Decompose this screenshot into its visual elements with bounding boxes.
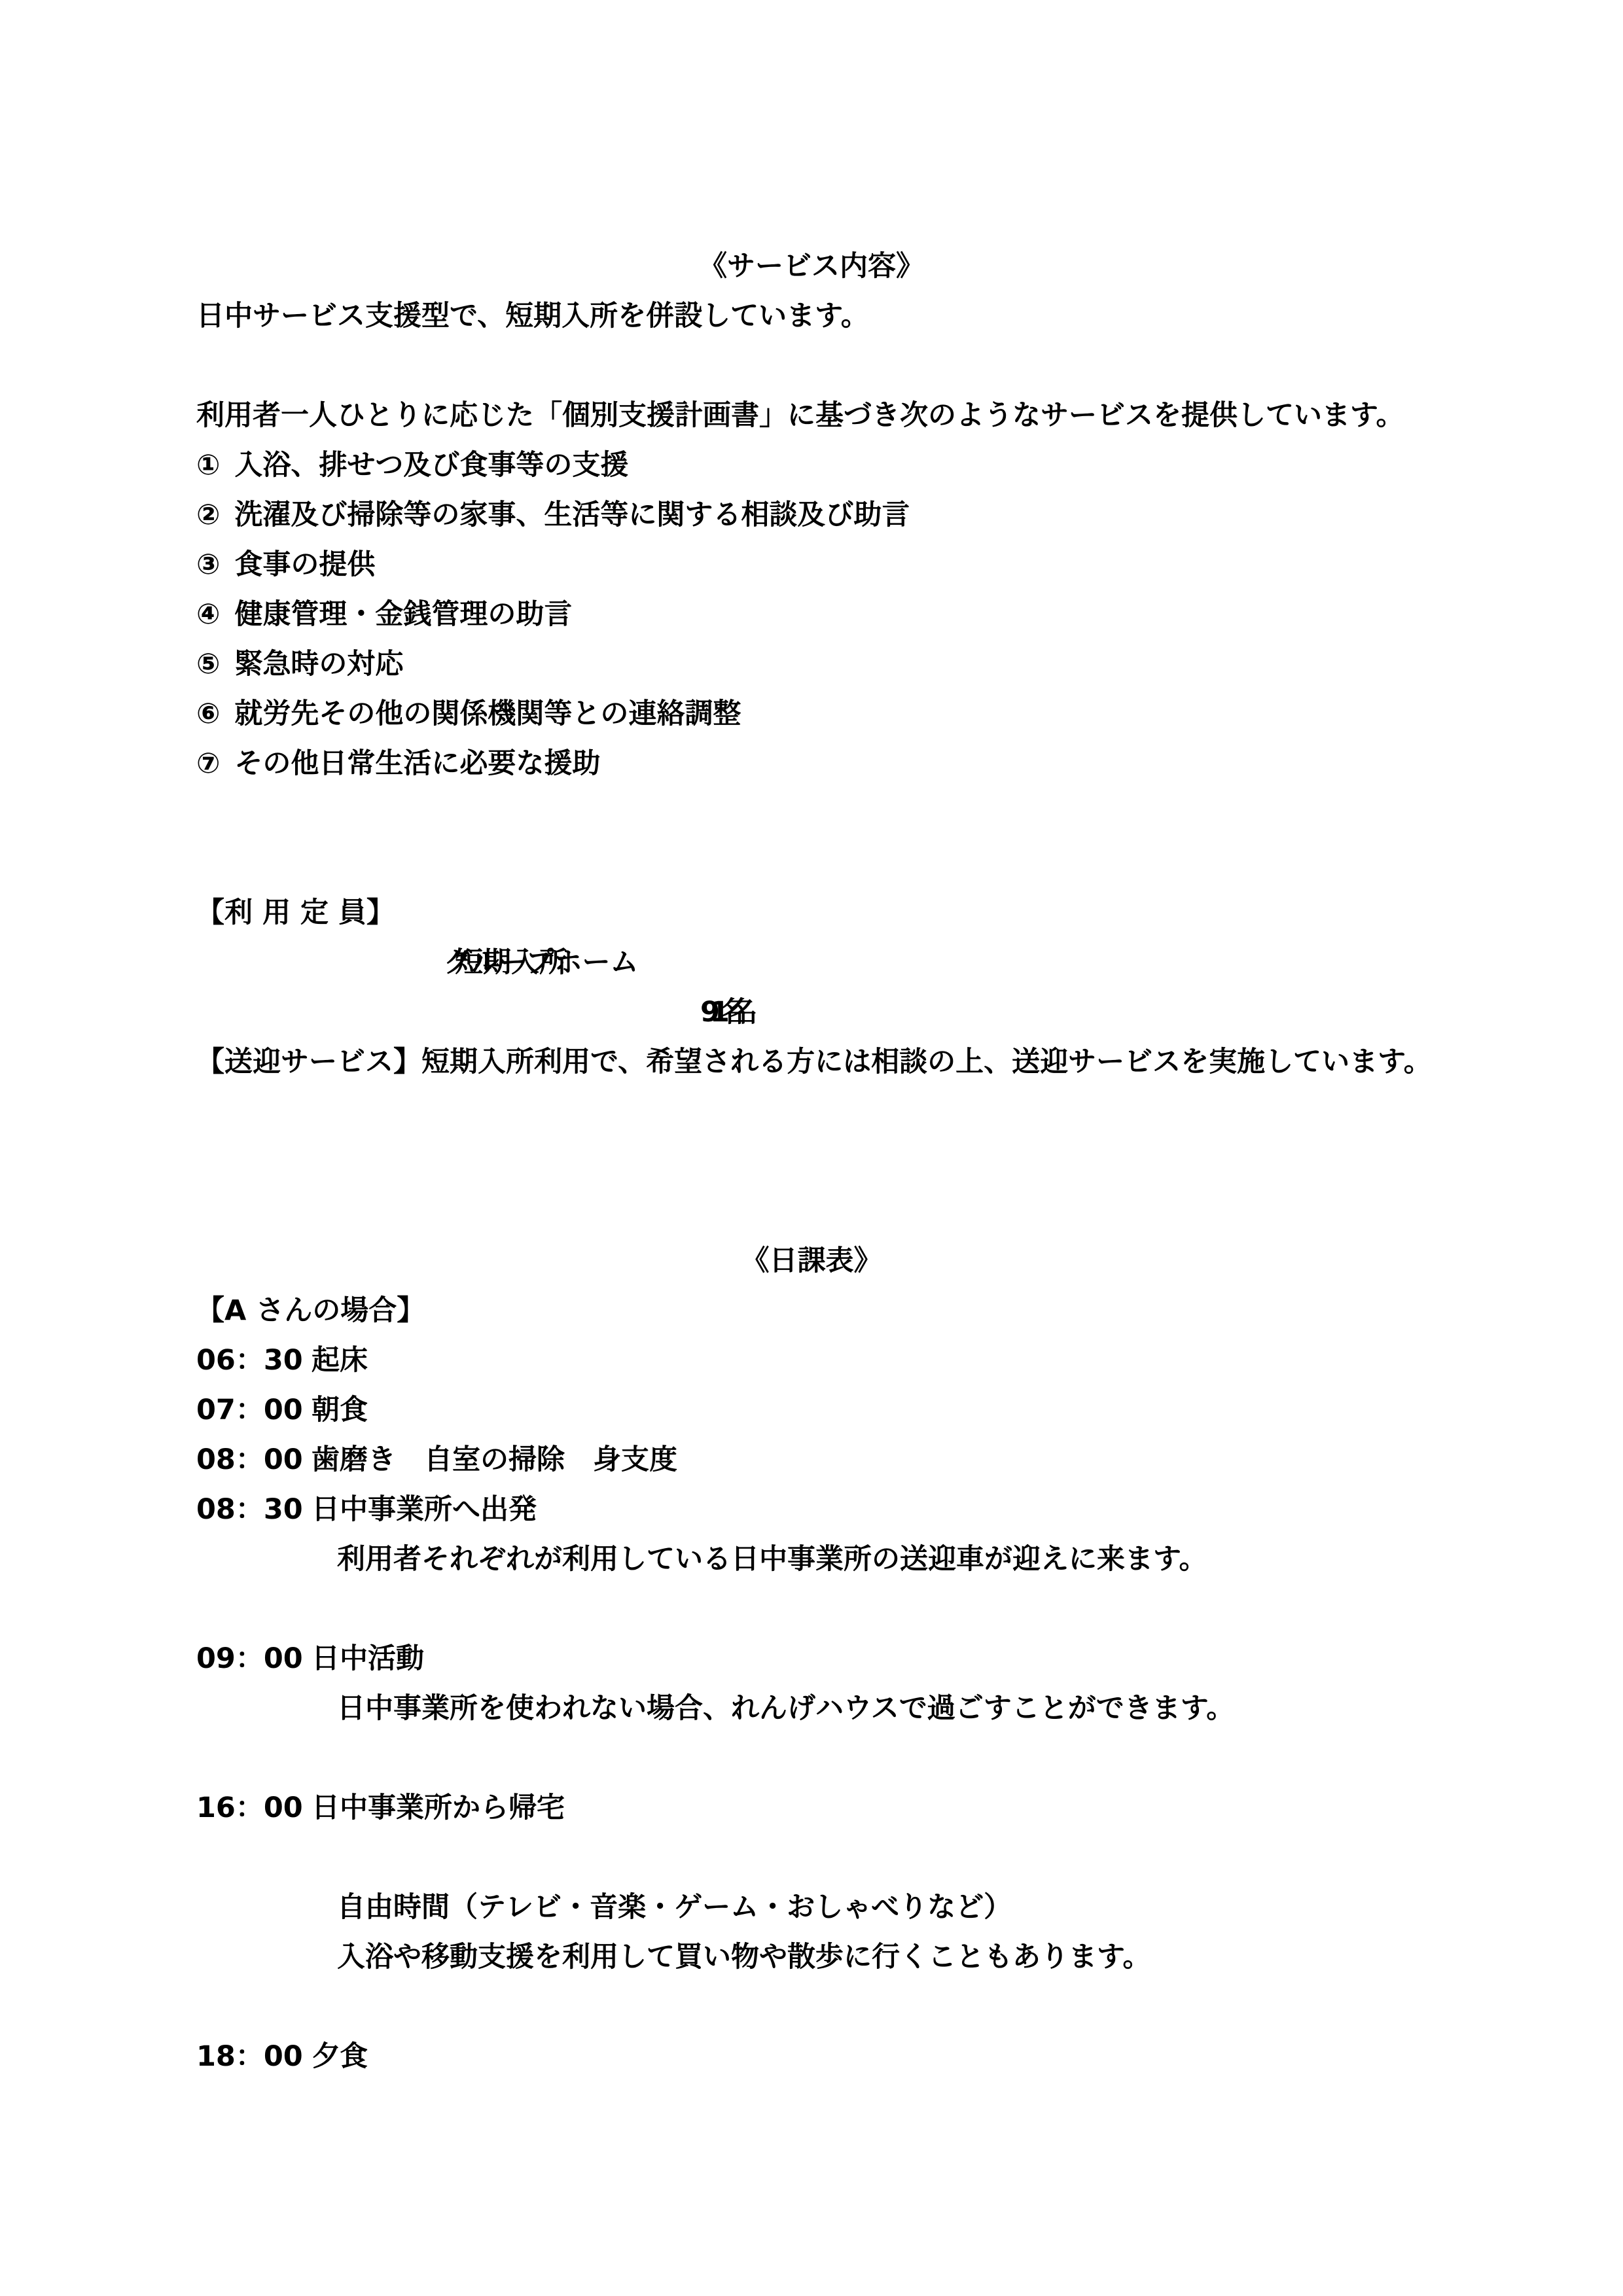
- schedule-row-0900: 09：00日中活動: [196, 1634, 1427, 1684]
- schedule-time: 06：30: [196, 1335, 312, 1385]
- schedule-time: 18：00: [196, 2032, 312, 2081]
- spacer: [196, 987, 1427, 1037]
- schedule-row-0700: 07：00朝食: [196, 1385, 1427, 1435]
- service-section-title: 《サービス内容》: [196, 241, 1427, 291]
- schedule-time: 08：30: [196, 1485, 312, 1534]
- item-number: ⑦: [196, 739, 220, 788]
- schedule-activity: 起床: [312, 1344, 368, 1377]
- service-item-5: ⑤緊急時の対応: [196, 639, 1427, 689]
- item-number: ⑤: [196, 639, 220, 689]
- schedule-activity: 日中事業所から帰宅: [312, 1792, 565, 1824]
- service-item-2: ②洗濯及び掃除等の家事、生活等に関する相談及び助言: [196, 490, 1427, 540]
- item-text: その他日常生活に必要な援助: [234, 747, 600, 780]
- spacer: [196, 1186, 1427, 1236]
- plan-intro: 利用者一人ひとりに応じた「個別支援計画書」に基づき次のようなサービスを提供してい…: [196, 391, 1427, 440]
- schedule-time: 09：00: [196, 1634, 312, 1684]
- document-page: 《サービス内容》 日中サービス支援型で、短期入所を併設しています。 利用者一人ひ…: [0, 0, 1623, 2296]
- document-content: 《サービス内容》 日中サービス支援型で、短期入所を併設しています。 利用者一人ひ…: [196, 241, 1427, 2081]
- service-item-3: ③食事の提供: [196, 540, 1427, 590]
- schedule-section-title: 《日課表》: [196, 1236, 1427, 1286]
- spacer: [196, 1982, 1427, 2032]
- capacity-row-grouphome: 【利 用 定 員】 グループホーム 9名: [196, 838, 1427, 888]
- spacer: [196, 788, 1427, 838]
- capacity-row-shortstay: 短期入所 1名: [196, 888, 1427, 938]
- spacer: [196, 1833, 1427, 1882]
- spacer: [196, 1733, 1427, 1783]
- schedule-row-1600: 16：00日中事業所から帰宅: [196, 1783, 1427, 1833]
- transport-service-line: 【送迎サービス】短期入所利用で、希望される方には相談の上、送迎サービスを実施して…: [196, 1037, 1427, 1087]
- item-text: 洗濯及び掃除等の家事、生活等に関する相談及び助言: [234, 499, 910, 531]
- schedule-row-1800: 18：00夕食: [196, 2032, 1427, 2081]
- schedule-row-0630: 06：30起床: [196, 1335, 1427, 1385]
- schedule-activity: 歯磨き 自室の掃除 身支度: [312, 1443, 677, 1476]
- item-number: ②: [196, 490, 220, 540]
- item-number: ③: [196, 540, 220, 590]
- spacer: [196, 1584, 1427, 1634]
- item-text: 就労先その他の関係機関等との連絡調整: [234, 698, 741, 730]
- spacer: [196, 938, 1427, 987]
- service-intro: 日中サービス支援型で、短期入所を併設しています。: [196, 291, 1427, 341]
- service-item-6: ⑥就労先その他の関係機関等との連絡調整: [196, 689, 1427, 739]
- transport-label: 【送迎サービス】: [196, 1046, 421, 1078]
- item-number: ①: [196, 440, 220, 490]
- schedule-activity: 夕食: [312, 2040, 368, 2073]
- item-number: ⑥: [196, 689, 220, 739]
- spacer: [196, 1087, 1427, 1137]
- schedule-case-label: 【A さんの場合】: [196, 1286, 1427, 1335]
- schedule-note-outing: 入浴や移動支援を利用して買い物や散歩に行くこともあります。: [196, 1932, 1427, 1982]
- item-text: 入浴、排せつ及び食事等の支援: [234, 449, 628, 482]
- item-text: 食事の提供: [234, 548, 375, 581]
- schedule-time: 08：00: [196, 1435, 312, 1485]
- schedule-row-0830: 08：30日中事業所へ出発: [196, 1485, 1427, 1534]
- service-item-7: ⑦その他日常生活に必要な援助: [196, 739, 1427, 788]
- transport-text: 短期入所利用で、希望される方には相談の上、送迎サービスを実施しています。: [421, 1046, 1432, 1078]
- item-text: 緊急時の対応: [234, 648, 403, 680]
- schedule-row-0800: 08：00歯磨き 自室の掃除 身支度: [196, 1435, 1427, 1485]
- schedule-activity: 日中事業所へ出発: [312, 1493, 537, 1526]
- service-item-1: ①入浴、排せつ及び食事等の支援: [196, 440, 1427, 490]
- schedule-note-free-time: 自由時間（テレビ・音楽・ゲーム・おしゃべりなど）: [196, 1882, 1427, 1932]
- schedule-note-departure: 利用者それぞれが利用している日中事業所の送迎車が迎えに来ます。: [196, 1534, 1427, 1584]
- schedule-time: 16：00: [196, 1783, 312, 1833]
- service-item-4: ④健康管理・金銭管理の助言: [196, 590, 1427, 639]
- schedule-activity: 朝食: [312, 1394, 368, 1426]
- item-number: ④: [196, 590, 220, 639]
- schedule-time: 07：00: [196, 1385, 312, 1435]
- schedule-note-daytime: 日中事業所を使われない場合、れんげハウスで過ごすことができます。: [196, 1684, 1427, 1733]
- spacer: [196, 1137, 1427, 1186]
- schedule-activity: 日中活動: [312, 1642, 424, 1675]
- spacer: [196, 341, 1427, 391]
- item-text: 健康管理・金銭管理の助言: [234, 598, 572, 631]
